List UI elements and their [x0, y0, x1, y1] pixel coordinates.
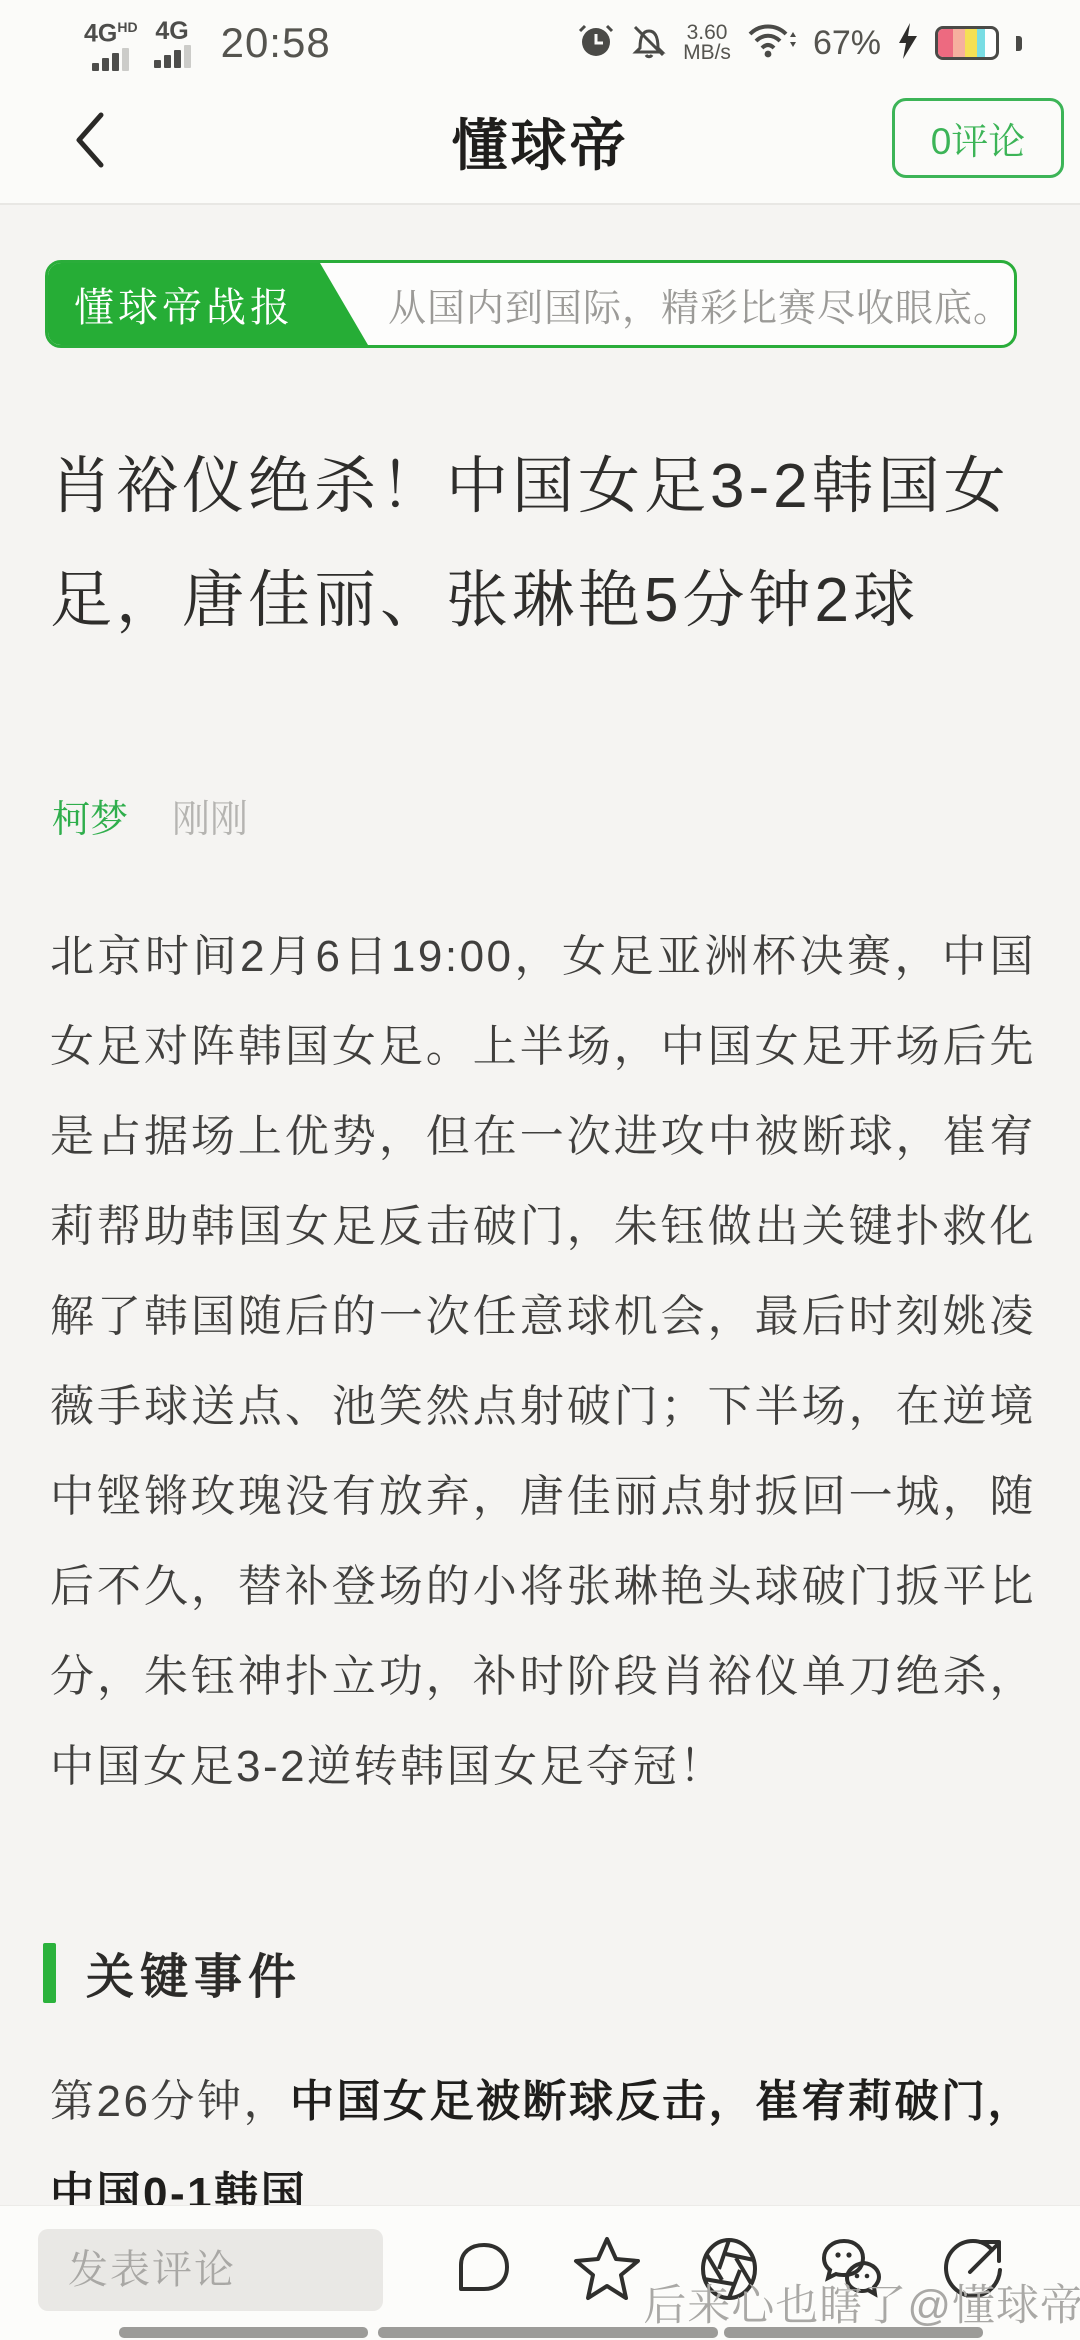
section-title: 关键事件 [86, 1938, 302, 2007]
hd-badge: HD [117, 19, 137, 35]
battery-percent: 67% [813, 24, 881, 63]
clock-time: 20:58 [221, 19, 331, 67]
banner-tagline: 从国内到国际，精彩比赛尽收眼底。 [388, 277, 994, 332]
section-heading: 关键事件 [43, 1938, 302, 2007]
battery-nub [1016, 36, 1022, 51]
report-banner[interactable]: 懂球帝战报 从国内到国际，精彩比赛尽收眼底。 [45, 260, 1017, 348]
charging-bolt-icon [896, 22, 920, 65]
star-icon [573, 2236, 641, 2302]
header: 懂球帝 0评论 [0, 80, 1080, 203]
article-body: 北京时间2月6日19:00，女足亚洲杯决赛，中国女足对阵韩国女足。上半场，中国女… [50, 912, 1036, 1812]
alarm-icon [577, 22, 615, 65]
battery-icon [935, 26, 999, 60]
wechat-share-button[interactable] [816, 2234, 886, 2304]
status-icons: 3.60 MB/s 67% [577, 21, 1022, 66]
signal-bars-icon [92, 48, 129, 71]
carrier-label: 4G [155, 19, 188, 43]
status-bar: 4GHD 4G 20:58 3.60 MB/s [0, 0, 1080, 80]
publish-time: 刚刚 [172, 788, 248, 843]
share-button[interactable] [938, 2234, 1008, 2304]
favorite-star-button[interactable] [572, 2234, 642, 2304]
moments-share-button[interactable] [694, 2234, 764, 2304]
bottom-bar-segment [119, 2327, 368, 2338]
wechat-icon [816, 2237, 886, 2301]
comment-bubble-button[interactable] [450, 2234, 520, 2304]
bottom-bar-segment [378, 2327, 718, 2338]
green-accent-bar [43, 1943, 56, 2003]
comments-count-button[interactable]: 0评论 [892, 98, 1064, 178]
wifi-icon [746, 21, 798, 66]
banner-badge: 懂球帝战报 [48, 263, 368, 345]
author-name[interactable]: 柯梦 [52, 788, 128, 843]
network-speed: 3.60 MB/s [683, 23, 731, 63]
bottom-toolbar [0, 2205, 1080, 2340]
app-screen: 4GHD 4G 20:58 3.60 MB/s [0, 0, 1080, 2340]
comment-input[interactable] [38, 2229, 383, 2311]
article-title: 肖裕仪绝杀！中国女足3-2韩国女足，唐佳丽、张琳艳5分钟2球 [50, 430, 1030, 658]
carrier-label: 4GHD [84, 15, 138, 45]
signal-bars-icon [154, 45, 191, 68]
bottom-bars [0, 2327, 1080, 2338]
author-row: 柯梦 刚刚 [52, 788, 248, 843]
comment-bubble-icon [453, 2237, 517, 2301]
bottom-bar-segment [724, 2327, 983, 2338]
signal-primary: 4GHD [84, 15, 138, 70]
toolbar-icons [450, 2226, 1008, 2312]
share-icon [940, 2236, 1006, 2302]
top-block: 4GHD 4G 20:58 3.60 MB/s [0, 0, 1080, 205]
signal-secondary: 4G [154, 19, 191, 68]
mute-bell-icon [630, 22, 668, 65]
aperture-moments-icon [696, 2236, 762, 2302]
event-minute: 第26分钟， [50, 2077, 290, 2126]
